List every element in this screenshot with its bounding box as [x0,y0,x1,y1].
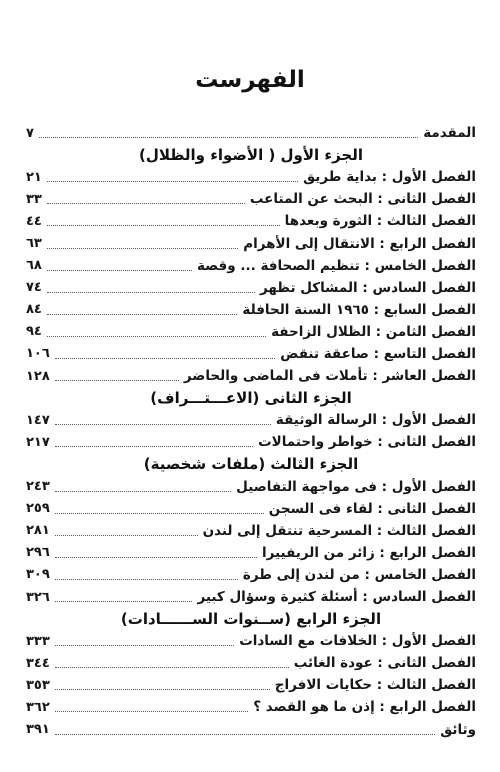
dotted-leader [55,358,275,359]
toc-entry-label: الفصل الأول : الخلافات مع السادات [239,633,476,649]
toc-entry: الفصل الثانى : لقاء فى السجن٢٥٩ [26,498,476,520]
toc-entry: الفصل الثالث : المسرحية تنتقل إلى لندن٢٨… [26,520,476,542]
toc-entry-page-number: ٩٤ [26,324,42,339]
toc-entry: الفصل السابع : ١٩٦٥ السنة الحافلة٨٤ [26,299,476,321]
toc-entry: الفصل الرابع : زائر من الريفييرا٢٩٦ [26,542,476,564]
toc-entry: الفصل الثالث : حكايات الافراج٣٥٣ [26,674,476,696]
toc-entry-label: الفصل الثالث : حكايات الافراج [275,677,476,693]
toc-entry-page-number: ٣٣٣ [26,634,50,649]
dotted-leader [55,446,253,447]
toc-entry-page-number: ٢٨١ [26,523,50,538]
toc-section-header: الجزء الثانى (الاعـــتـــراف) [26,387,476,409]
toc-entry-label: الفصل الأول : بداية طريق [303,169,476,185]
toc-entry-label: الفصل الأول : فى مواجهة التفاصيل [236,479,476,495]
toc-entry-page-number: ٣٢٦ [26,590,50,605]
toc-entry-page-number: ٨٤ [26,302,42,317]
toc-entry-label: الفصل الثالث : الثورة وبعدها [285,213,476,229]
toc-entry-label: الفصل الثالث : المسرحية تنتقل إلى لندن [203,523,476,539]
toc-entry: المقدمة٧ [26,122,476,144]
toc-entry-label: المقدمة [423,125,476,141]
dotted-leader [55,711,248,712]
toc-entry: الفصل الأول : بداية طريق٢١ [26,166,476,188]
toc-entry-label: الفصل الثانى : خواطر واحتمالات [258,434,476,450]
dotted-leader [47,225,280,226]
toc-entry-label: الفصل السابع : ١٩٦٥ السنة الحافلة [242,302,476,318]
toc-entry: الفصل الخامس : تنظيم الصحافة ... وقصة٦٨ [26,255,476,277]
dotted-leader [55,535,198,536]
toc-entry: وثائق٣٩١ [26,719,476,741]
toc-section-header: الجزء الرابع (ســنوات الســــــادات) [26,608,476,630]
toc-entry-label: وثائق [440,722,476,738]
toc-entry: الفصل الأول : الرسالة الوثيقة١٤٧ [26,409,476,431]
toc-entry-page-number: ٢١ [26,170,42,185]
dotted-leader [47,203,245,204]
dotted-leader [47,181,298,182]
dotted-leader [47,314,238,315]
toc-entry-page-number: ٧ [26,126,34,141]
toc-entry: الفصل الثانى : البحث عن المتاعب٣٣ [26,188,476,210]
toc-entry-label: الفصل الثانى : البحث عن المتاعب [250,191,476,207]
toc-entry-label: الفصل الخامس : تنظيم الصحافة ... وقصة [197,258,476,274]
toc-entry: الفصل الأول : الخلافات مع السادات٣٣٣ [26,630,476,652]
dotted-leader [47,292,255,293]
toc-entry-page-number: ٣٣ [26,192,42,207]
toc-entry: الفصل الرابع : الانتقال إلى الأهرام٦٣ [26,232,476,254]
toc-section-label: الجزء الثانى (الاعـــتـــراف) [150,389,351,407]
dotted-leader [55,424,271,425]
toc-entry-label: الفصل العاشر : تأملات فى الماضى والحاضر [184,368,476,384]
page-title: الفهرست [0,0,500,94]
toc-entry-label: الفصل السادس : المشاكل تظهر [260,280,476,296]
dotted-leader [55,579,238,580]
toc-section-header: الجزء الأول ( الأضواء والظلال) [26,144,476,166]
toc-entry-label: الفصل التاسع : صاعقة تنقض [280,346,476,362]
toc-entry-page-number: ٦٨ [26,258,42,273]
dotted-leader [55,689,270,690]
toc-entry: الفصل السادس : المشاكل تظهر٧٤ [26,277,476,299]
toc-entry-page-number: ٢٩٦ [26,545,50,560]
dotted-leader [47,336,266,337]
book-toc-page: الفهرست المقدمة٧الجزء الأول ( الأضواء وا… [0,0,500,772]
toc-entry: الفصل الثامن : الظلال الزاحفة٩٤ [26,321,476,343]
toc-list: المقدمة٧الجزء الأول ( الأضواء والظلال)ال… [0,94,500,741]
toc-entry-page-number: ٦٣ [26,236,42,251]
toc-entry-page-number: ٣٦٢ [26,700,50,715]
dotted-leader [47,248,238,249]
toc-entry: الفصل الثالث : الثورة وبعدها٤٤ [26,210,476,232]
toc-entry: الفصل الثانى : خواطر واحتمالات٢١٧ [26,431,476,453]
dotted-leader [55,601,193,602]
toc-section-label: الجزء الثالث (ملفات شخصية) [144,455,358,473]
toc-entry-page-number: ١٠٦ [26,346,50,361]
toc-entry: الفصل التاسع : صاعقة تنقض١٠٦ [26,343,476,365]
toc-entry-label: الفصل الثامن : الظلال الزاحفة [271,324,476,340]
toc-entry-label: الفصل الرابع : إذن ما هو القصد ؟ [253,699,476,715]
toc-entry: الفصل الخامس : من لندن إلى طرة٣٠٩ [26,564,476,586]
toc-entry-page-number: ١٢٨ [26,369,50,384]
toc-entry-page-number: ٣٥٣ [26,678,50,693]
dotted-leader [55,557,257,558]
toc-entry-page-number: ١٤٧ [26,413,50,428]
toc-section-label: الجزء الرابع (ســنوات الســــــادات) [121,610,381,628]
toc-entry-label: الفصل الرابع : زائر من الريفييرا [262,545,476,561]
toc-entry-page-number: ٣٤٤ [26,656,50,671]
toc-entry-label: الفصل الرابع : الانتقال إلى الأهرام [243,236,476,252]
toc-section-label: الجزء الأول ( الأضواء والظلال) [139,146,363,164]
toc-entry-page-number: ٢٥٩ [26,501,50,516]
dotted-leader [55,667,289,668]
toc-entry-label: الفصل الثانى : عودة الغائب [294,655,476,671]
toc-entry-page-number: ٣٩١ [26,722,50,737]
toc-entry-label: الفصل الخامس : من لندن إلى طرة [243,567,476,583]
dotted-leader [55,513,264,514]
toc-entry-page-number: ٢٤٣ [26,479,50,494]
dotted-leader [55,734,435,735]
toc-section-header: الجزء الثالث (ملفات شخصية) [26,453,476,475]
toc-entry-page-number: ٢١٧ [26,435,50,450]
toc-entry: الفصل الرابع : إذن ما هو القصد ؟٣٦٢ [26,696,476,718]
dotted-leader [55,380,179,381]
toc-entry-page-number: ٧٤ [26,280,42,295]
toc-entry: الفصل العاشر : تأملات فى الماضى والحاضر١… [26,365,476,387]
toc-entry: الفصل الثانى : عودة الغائب٣٤٤ [26,652,476,674]
toc-entry-label: الفصل الثانى : لقاء فى السجن [269,501,476,517]
dotted-leader [47,270,192,271]
toc-entry: الفصل السادس : أسئلة كثيرة وسؤال كبير٣٢٦ [26,586,476,608]
toc-entry-page-number: ٤٤ [26,214,42,229]
toc-entry: الفصل الأول : فى مواجهة التفاصيل٢٤٣ [26,476,476,498]
dotted-leader [55,491,231,492]
dotted-leader [55,645,234,646]
toc-entry-label: الفصل الأول : الرسالة الوثيقة [276,412,476,428]
toc-entry-label: الفصل السادس : أسئلة كثيرة وسؤال كبير [197,589,476,605]
dotted-leader [39,137,418,138]
toc-entry-page-number: ٣٠٩ [26,567,50,582]
